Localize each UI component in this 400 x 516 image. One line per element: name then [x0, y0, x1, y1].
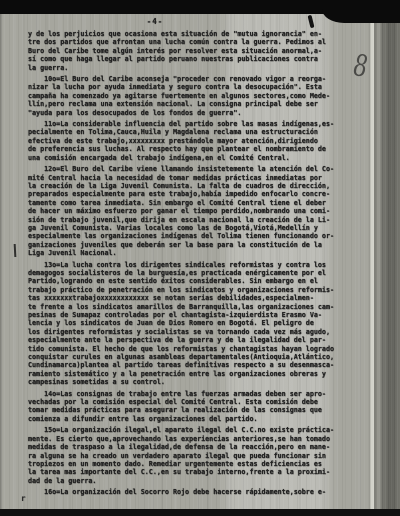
handwritten-numeral-8: 8	[352, 51, 368, 83]
catchword-letter: r	[21, 494, 26, 503]
paragraph-item-16: 16o=La organización del Socorro Rojo deb…	[28, 488, 376, 496]
paragraph-item-10: 10o=El Buro del Caribe aconseja "procede…	[28, 75, 376, 117]
typewritten-text-block: y de los perjuicios que ocasiona esta si…	[28, 30, 376, 500]
paragraph-item-11: 11o=La considerable influencia del parti…	[28, 120, 376, 162]
paragraph-item-13: 13o=La lucha contra los dirigentes sindi…	[28, 261, 376, 387]
page-left-edge-shadow	[0, 14, 3, 509]
paragraph-item-14: 14o=Las consignas de trabajo entre las f…	[28, 390, 376, 424]
paragraph-item-15: 15o=La organización ilegal,el aparato il…	[28, 426, 376, 485]
paragraph-item-12: 12o=El Buro del Caribe viene llamando in…	[28, 165, 376, 257]
paragraph-continuation: y de los perjuicios que ocasiona esta si…	[28, 30, 376, 72]
scanned-typewritten-page: -4- y de los perjuicios que ocasiona est…	[0, 0, 400, 516]
page-number: -4-	[138, 17, 172, 26]
scan-bottom-black-band	[0, 509, 400, 516]
scan-top-black-band-curve	[322, 0, 400, 23]
